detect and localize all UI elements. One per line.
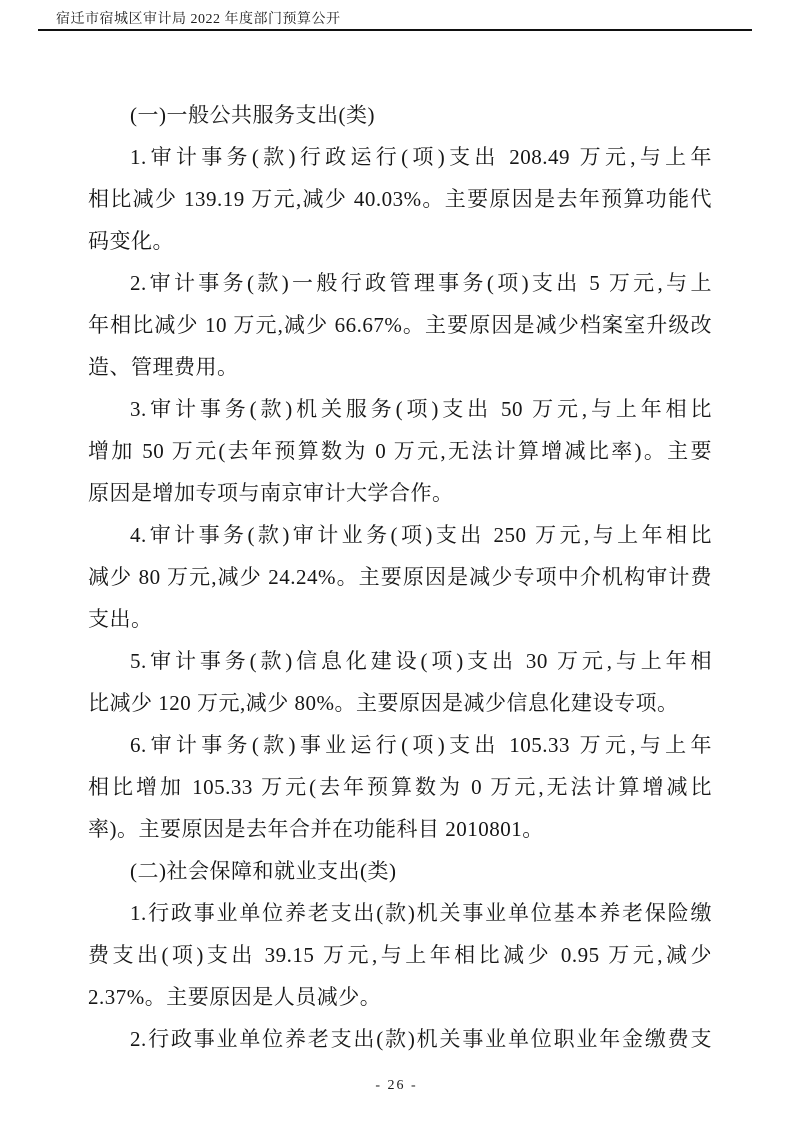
text-line: 比减少 120 万元,减少 80%。主要原因是减少信息化建设专项。 bbox=[88, 682, 712, 724]
text-line: 相比增加 105.33 万元(去年预算数为 0 万元,无法计算增减比 bbox=[88, 766, 712, 808]
text-line: 1.审计事务(款)行政运行(项)支出 208.49 万元,与上年 bbox=[88, 136, 712, 178]
text-line: 相比减少 139.19 万元,减少 40.03%。主要原因是去年预算功能代 bbox=[88, 178, 712, 220]
text-line: 年相比减少 10 万元,减少 66.67%。主要原因是减少档案室升级改 bbox=[88, 304, 712, 346]
text-line: 减少 80 万元,减少 24.24%。主要原因是减少专项中介机构审计费 bbox=[88, 556, 712, 598]
page-number: - 26 - bbox=[0, 1078, 793, 1094]
text-line: 6.审计事务(款)事业运行(项)支出 105.33 万元,与上年 bbox=[88, 724, 712, 766]
document-body: (一)一般公共服务支出(类)1.审计事务(款)行政运行(项)支出 208.49 … bbox=[88, 94, 712, 1060]
text-line: 2.37%。主要原因是人员减少。 bbox=[88, 976, 712, 1018]
text-line: 2.审计事务(款)一般行政管理事务(项)支出 5 万元,与上 bbox=[88, 262, 712, 304]
text-line: 增加 50 万元(去年预算数为 0 万元,无法计算增减比率)。主要 bbox=[88, 430, 712, 472]
document-header-title: 宿迁市宿城区审计局 2022 年度部门预算公开 bbox=[56, 11, 341, 29]
text-line: 率)。主要原因是去年合并在功能科目 2010801。 bbox=[88, 808, 712, 850]
text-line: 码变化。 bbox=[88, 220, 712, 262]
text-line: 1.行政事业单位养老支出(款)机关事业单位基本养老保险缴 bbox=[88, 892, 712, 934]
text-line: 支出。 bbox=[88, 598, 712, 640]
text-line: (二)社会保障和就业支出(类) bbox=[88, 850, 712, 892]
text-line: 5.审计事务(款)信息化建设(项)支出 30 万元,与上年相 bbox=[88, 640, 712, 682]
text-line: 造、管理费用。 bbox=[88, 346, 712, 388]
header-rule bbox=[38, 29, 752, 31]
text-line: 费支出(项)支出 39.15 万元,与上年相比减少 0.95 万元,减少 bbox=[88, 934, 712, 976]
text-line: 原因是增加专项与南京审计大学合作。 bbox=[88, 472, 712, 514]
text-line: 3.审计事务(款)机关服务(项)支出 50 万元,与上年相比 bbox=[88, 388, 712, 430]
document-page: 宿迁市宿城区审计局 2022 年度部门预算公开 (一)一般公共服务支出(类)1.… bbox=[0, 0, 793, 1122]
text-line: 2.行政事业单位养老支出(款)机关事业单位职业年金缴费支 bbox=[88, 1018, 712, 1060]
text-line: (一)一般公共服务支出(类) bbox=[88, 94, 712, 136]
text-line: 4.审计事务(款)审计业务(项)支出 250 万元,与上年相比 bbox=[88, 514, 712, 556]
